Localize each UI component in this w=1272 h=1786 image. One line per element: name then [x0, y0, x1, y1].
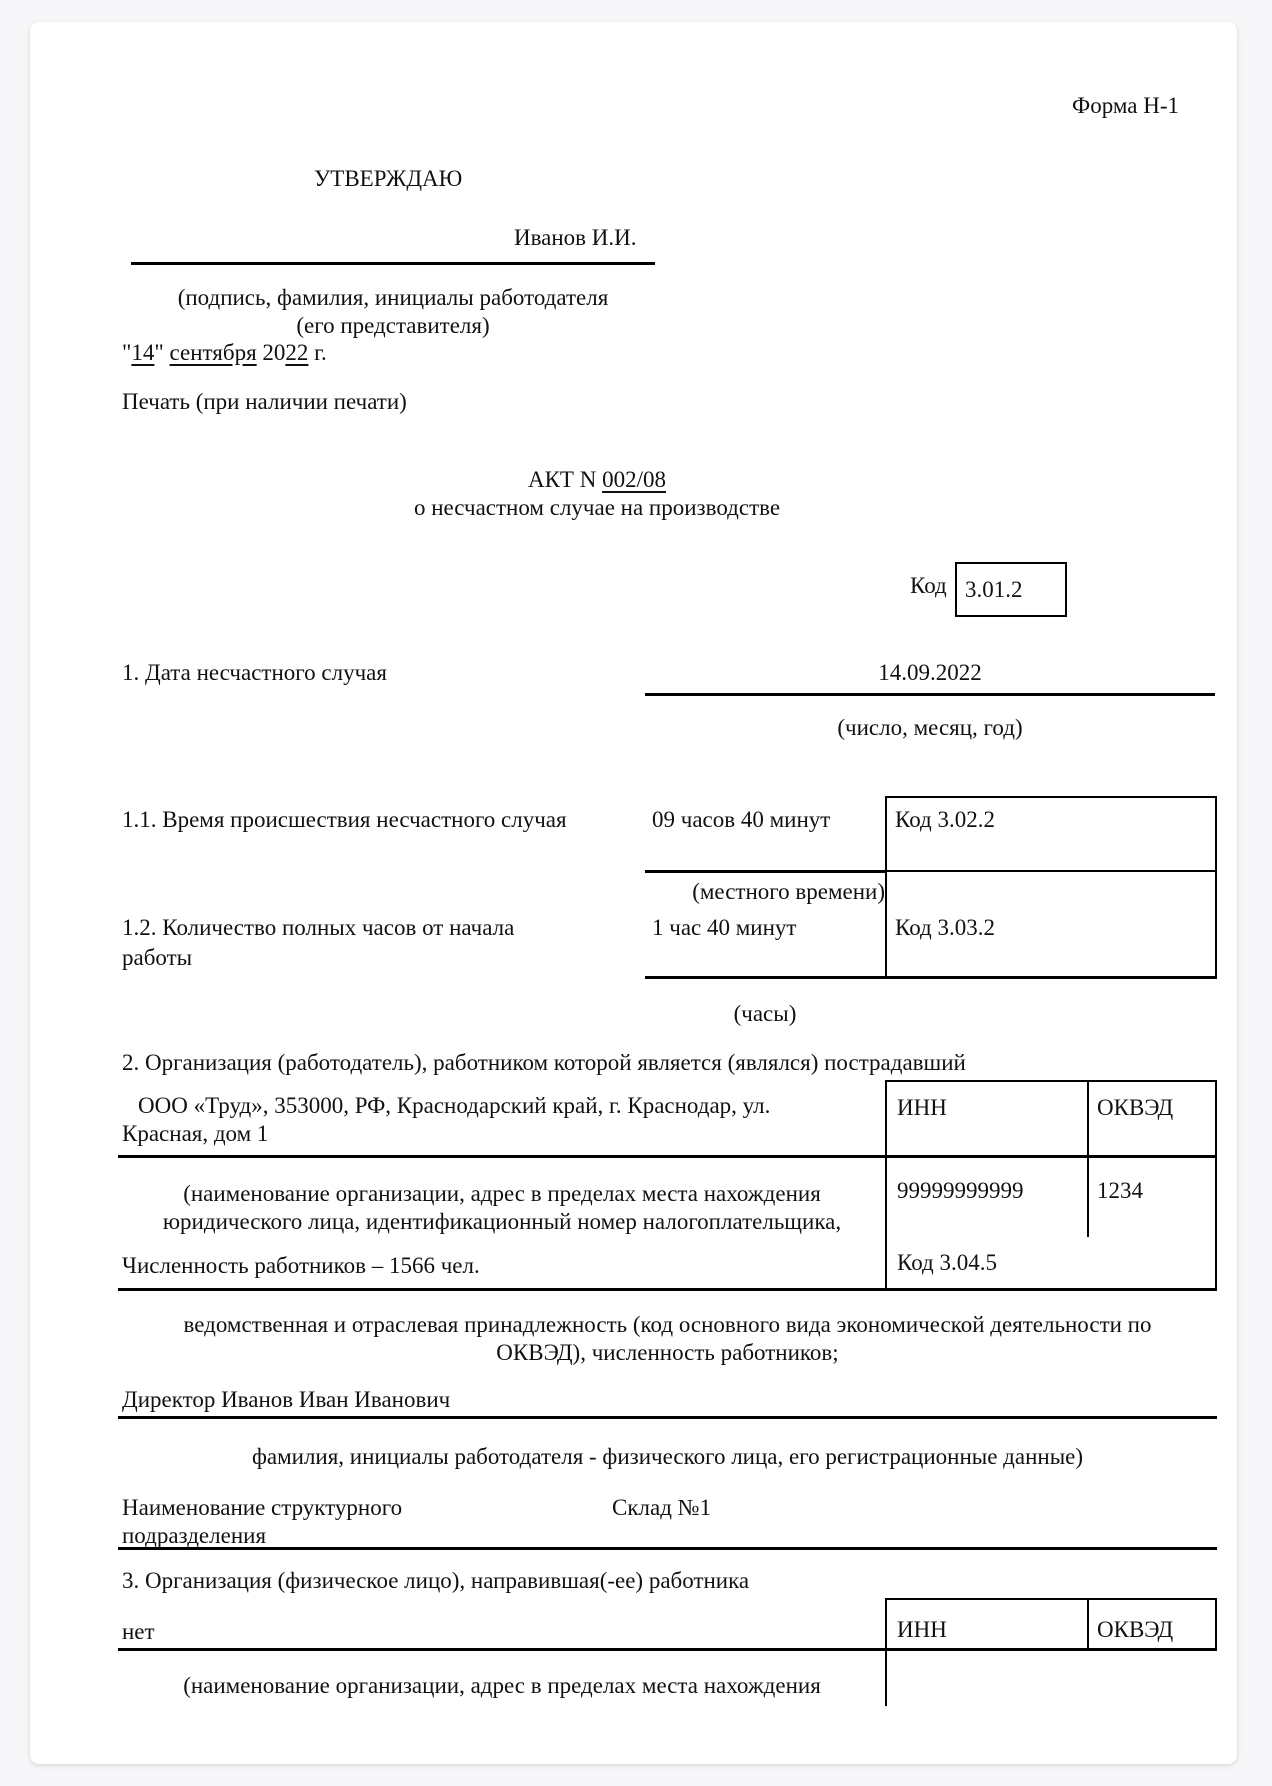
okved-header: ОКВЭД: [1097, 1094, 1173, 1122]
section3-table-mid-border: [1087, 1598, 1089, 1651]
date-tail: г.: [308, 340, 326, 365]
approval-date-line: "14" сентября 2022 г.: [122, 339, 327, 367]
section2-divider1: [118, 1155, 1217, 1158]
code-box: 3.01.2: [955, 562, 1067, 617]
document-page: Форма Н-1 УТВЕРЖДАЮ Иванов И.И. (подпись…: [30, 22, 1237, 1764]
form-code-label: Форма Н-1: [1072, 92, 1179, 120]
item1-1-code: Код 3.02.2: [895, 806, 995, 834]
director-name: Директор Иванов Иван Иванович: [122, 1386, 450, 1414]
signature-caption-line1: (подпись, фамилия, инициалы работодателя: [131, 284, 655, 312]
code-value: 3.01.2: [965, 577, 1023, 603]
org-name-line1: ООО «Труд», 353000, РФ, Краснодарский кр…: [138, 1092, 770, 1120]
approver-signature-name: Иванов И.И.: [514, 224, 637, 252]
unit-value: Склад №1: [612, 1494, 711, 1522]
item1-2-code: Код 3.03.2: [895, 914, 995, 942]
section2-code: Код 3.04.5: [897, 1249, 997, 1277]
document-background: { "form_label": "Форма Н-1", "approve": …: [0, 0, 1272, 1786]
section3-divider: [118, 1648, 1217, 1651]
item1-caption: (число, месяц, год): [645, 714, 1215, 742]
section3-okved-header: ОКВЭД: [1097, 1616, 1173, 1644]
section2-table-top-border: [885, 1080, 1217, 1082]
section2-table-mid-border: [1087, 1080, 1089, 1237]
date-year-suffix: 22: [285, 340, 308, 365]
signature-caption-line2: (его представителя): [131, 312, 655, 340]
item1-value: 14.09.2022: [645, 659, 1215, 687]
section3-table-right-border: [1215, 1598, 1217, 1651]
codecell-left-border: [885, 796, 887, 979]
item1-1-line: [645, 870, 885, 873]
item1-2-label-line1: 1.2. Количество полных часов от начала: [122, 914, 514, 942]
section2-divider2: [118, 1288, 1217, 1291]
act-subtitle: о несчастном случае на производстве: [122, 494, 1072, 522]
unit-divider: [118, 1547, 1217, 1550]
section2-heading: 2. Организация (работодатель), работнико…: [122, 1049, 966, 1077]
section3-inn-header: ИНН: [897, 1616, 947, 1644]
section2-table-right-border: [1215, 1080, 1217, 1290]
item1-2-value: 1 час 40 минут: [652, 914, 796, 942]
section3-caption: (наименование организации, адрес в преде…: [122, 1672, 882, 1700]
date-day: 14: [131, 340, 154, 365]
section3-table-top-border: [885, 1598, 1217, 1600]
date-open-quote: ": [122, 340, 131, 365]
section3-table-left-border: [885, 1598, 887, 1706]
org-caption-line2: юридического лица, идентификационный ном…: [122, 1208, 882, 1236]
inn-value: 99999999999: [897, 1177, 1024, 1205]
item1-line: [645, 693, 1215, 696]
director-caption: фамилия, инициалы работодателя - физичес…: [118, 1443, 1217, 1471]
signature-line: [131, 262, 655, 265]
date-close-quote: ": [154, 340, 169, 365]
headcount-text: Численность работников – 1566 чел.: [122, 1252, 480, 1280]
org-caption2-line1: ведомственная и отраслевая принадлежност…: [118, 1311, 1217, 1339]
codecell-mid-border: [885, 870, 1217, 872]
codecell-bottom-border: [885, 976, 1217, 979]
item1-label: 1. Дата несчастного случая: [122, 659, 387, 687]
codecell-top-border: [885, 796, 1217, 798]
section3-value: нет: [122, 1618, 155, 1646]
okved-value: 1234: [1097, 1177, 1143, 1205]
director-line: [118, 1416, 1217, 1419]
act-number: 002/08: [602, 467, 666, 492]
org-caption-line1: (наименование организации, адрес в преде…: [122, 1180, 882, 1208]
unit-label-line2: подразделения: [122, 1522, 266, 1550]
org-name-line2: Красная, дом 1: [122, 1120, 268, 1148]
item1-1-label: 1.1. Время происшествия несчастного случ…: [122, 806, 567, 834]
item1-2-label-line2: работы: [122, 944, 192, 972]
codecell-right-border: [1215, 796, 1217, 979]
code-label: Код: [910, 572, 947, 600]
unit-label-line1: Наименование структурного: [122, 1494, 402, 1522]
item1-2-line: [645, 976, 885, 979]
act-title-prefix: АКТ N: [528, 467, 602, 492]
stamp-note: Печать (при наличии печати): [122, 388, 407, 416]
act-title: АКТ N 002/08: [122, 466, 1072, 494]
org-caption2-line2: ОКВЭД), численность работников;: [118, 1339, 1217, 1367]
date-year-prefix: 20: [257, 340, 286, 365]
date-month: сентября: [170, 340, 257, 365]
item1-1-value: 09 часов 40 минут: [652, 806, 830, 834]
item1-1-caption: (местного времени): [645, 878, 885, 906]
item1-2-caption: (часы): [645, 1000, 885, 1028]
approve-title: УТВЕРЖДАЮ: [314, 165, 462, 193]
section3-heading: 3. Организация (физическое лицо), направ…: [122, 1567, 749, 1595]
section2-table-left-border: [885, 1080, 887, 1290]
inn-header: ИНН: [897, 1094, 947, 1122]
